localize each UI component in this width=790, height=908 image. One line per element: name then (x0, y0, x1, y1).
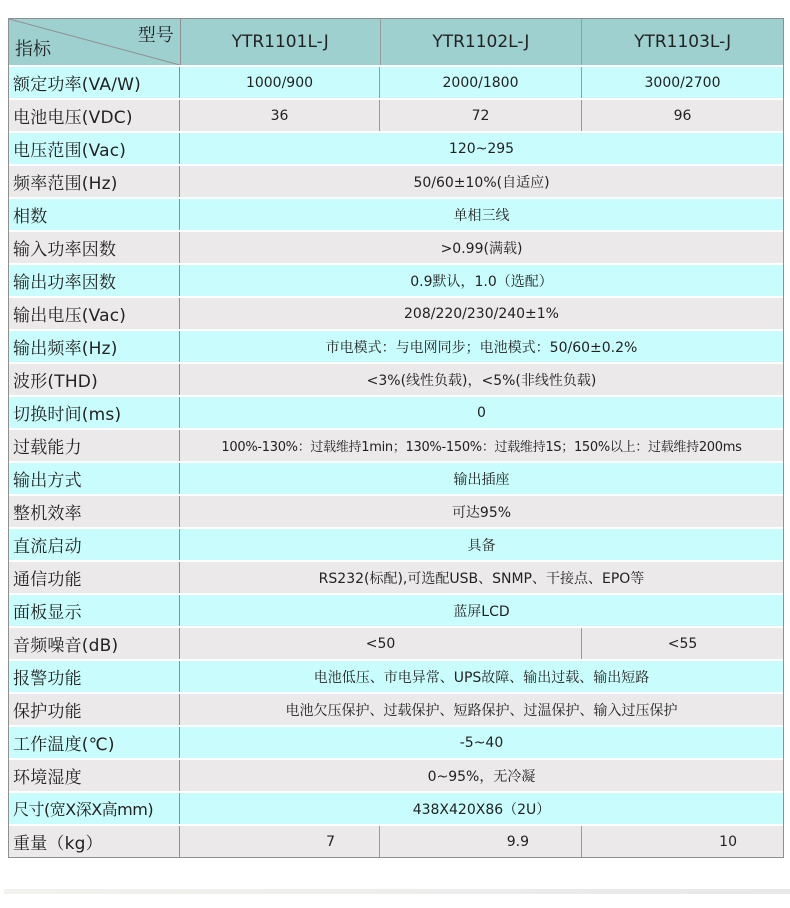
row-value: 单相三线 (180, 199, 783, 230)
row-label: 电池电压(VDC) (9, 100, 180, 131)
table-row: 报警功能 电池低压、市电异常、UPS故障、输出过载、输出短路 (9, 659, 783, 692)
row-label: 输出电压(Vac) (9, 298, 180, 329)
row-value: >0.99(满载) (180, 232, 783, 263)
row-value: 10 (582, 826, 783, 857)
row-value: 96 (582, 100, 783, 131)
table-row: 相数 单相三线 (9, 197, 783, 230)
row-value: 电池欠压保护、过载保护、短路保护、过温保护、输入过压保护 (180, 694, 783, 725)
row-label: 输出功率因数 (9, 265, 180, 296)
header-model-1: YTR1101L-J (181, 19, 381, 65)
row-value: 可达95% (180, 496, 783, 527)
table-row: 重量（kg） 7 9.9 10 (9, 824, 783, 857)
table-row: 额定功率(VA/W) 1000/900 2000/1800 3000/2700 (9, 65, 783, 98)
row-value: 72 (380, 100, 582, 131)
row-label: 音频噪音(dB) (9, 628, 180, 659)
table-row: 输出功率因数 0.9默认，1.0（选配） (9, 263, 783, 296)
row-value: <50 (180, 628, 582, 659)
divider (4, 889, 790, 894)
row-value: 438X420X86（2U） (180, 793, 783, 824)
row-value: 3000/2700 (582, 67, 783, 98)
header-corner-cell: 型号 指标 (9, 19, 181, 65)
row-label: 环境湿度 (9, 760, 180, 791)
table-row: 输出电压(Vac) 208/220/230/240±1% (9, 296, 783, 329)
row-label: 频率范围(Hz) (9, 166, 180, 197)
row-label: 重量（kg） (9, 826, 180, 857)
table-row: 输出频率(Hz) 市电模式：与电网同步；电池模式：50/60±0.2% (9, 329, 783, 362)
table-row: 通信功能 RS232(标配),可选配USB、SNMP、干接点、EPO等 (9, 560, 783, 593)
row-label: 通信功能 (9, 562, 180, 593)
row-value: <3%(线性负载)，<5%(非线性负载) (180, 364, 783, 395)
row-value: 36 (180, 100, 380, 131)
table-row: 输出方式 输出插座 (9, 461, 783, 494)
table-row: 音频噪音(dB) <50 <55 (9, 626, 783, 659)
row-value: 120~295 (180, 133, 783, 164)
row-value: 2000/1800 (380, 67, 582, 98)
row-label: 尺寸(宽X深X高mm) (9, 793, 180, 824)
row-value: <55 (582, 628, 783, 659)
row-label: 保护功能 (9, 694, 180, 725)
row-label: 电压范围(Vac) (9, 133, 180, 164)
row-value: 100%-130%：过载维持1min；130%-150%：过载维持1S；150%… (180, 430, 783, 461)
row-label: 输入功率因数 (9, 232, 180, 263)
row-value: 9.9 (380, 826, 582, 857)
row-value: 蓝屏LCD (180, 595, 783, 626)
row-value: RS232(标配),可选配USB、SNMP、干接点、EPO等 (180, 562, 783, 593)
table-header: 型号 指标 YTR1101L-J YTR1102L-J YTR1103L-J (9, 19, 783, 65)
row-value: 208/220/230/240±1% (180, 298, 783, 329)
row-value: 具备 (180, 529, 783, 560)
row-label: 切换时间(ms) (9, 397, 180, 428)
table-row: 切换时间(ms) 0 (9, 395, 783, 428)
row-label: 面板显示 (9, 595, 180, 626)
row-value: 7 (180, 826, 380, 857)
spec-table: 型号 指标 YTR1101L-J YTR1102L-J YTR1103L-J 额… (8, 18, 784, 858)
row-label: 相数 (9, 199, 180, 230)
table-row: 过载能力 100%-130%：过载维持1min；130%-150%：过载维持1S… (9, 428, 783, 461)
row-value: 50/60±10%(自适应) (180, 166, 783, 197)
row-label: 直流启动 (9, 529, 180, 560)
header-model-2: YTR1102L-J (381, 19, 583, 65)
header-model-3: YTR1103L-J (582, 19, 783, 65)
row-label: 过载能力 (9, 430, 180, 461)
row-value: 电池低压、市电异常、UPS故障、输出过载、输出短路 (180, 661, 783, 692)
row-label: 整机效率 (9, 496, 180, 527)
table-row: 频率范围(Hz) 50/60±10%(自适应) (9, 164, 783, 197)
row-value: -5~40 (180, 727, 783, 758)
table-row: 工作温度(℃) -5~40 (9, 725, 783, 758)
table-row: 电池电压(VDC) 36 72 96 (9, 98, 783, 131)
corner-label-spec: 指标 (15, 35, 51, 61)
table-row: 面板显示 蓝屏LCD (9, 593, 783, 626)
row-label: 额定功率(VA/W) (9, 67, 180, 98)
table-row: 直流启动 具备 (9, 527, 783, 560)
table-row: 整机效率 可达95% (9, 494, 783, 527)
row-value: 市电模式：与电网同步；电池模式：50/60±0.2% (180, 331, 783, 362)
table-row: 电压范围(Vac) 120~295 (9, 131, 783, 164)
table-row: 波形(THD) <3%(线性负载)，<5%(非线性负载) (9, 362, 783, 395)
row-label: 输出频率(Hz) (9, 331, 180, 362)
row-value: 0.9默认，1.0（选配） (180, 265, 783, 296)
row-value: 0 (180, 397, 783, 428)
row-label: 工作温度(℃) (9, 727, 180, 758)
row-label: 输出方式 (9, 463, 180, 494)
row-value: 输出插座 (180, 463, 783, 494)
row-value: 0~95%，无冷凝 (180, 760, 783, 791)
row-label: 报警功能 (9, 661, 180, 692)
row-value: 1000/900 (180, 67, 380, 98)
table-row: 尺寸(宽X深X高mm) 438X420X86（2U） (9, 791, 783, 824)
table-row: 环境湿度 0~95%，无冷凝 (9, 758, 783, 791)
table-row: 输入功率因数 >0.99(满载) (9, 230, 783, 263)
table-row: 保护功能 电池欠压保护、过载保护、短路保护、过温保护、输入过压保护 (9, 692, 783, 725)
corner-label-model: 型号 (138, 21, 174, 47)
row-label: 波形(THD) (9, 364, 180, 395)
